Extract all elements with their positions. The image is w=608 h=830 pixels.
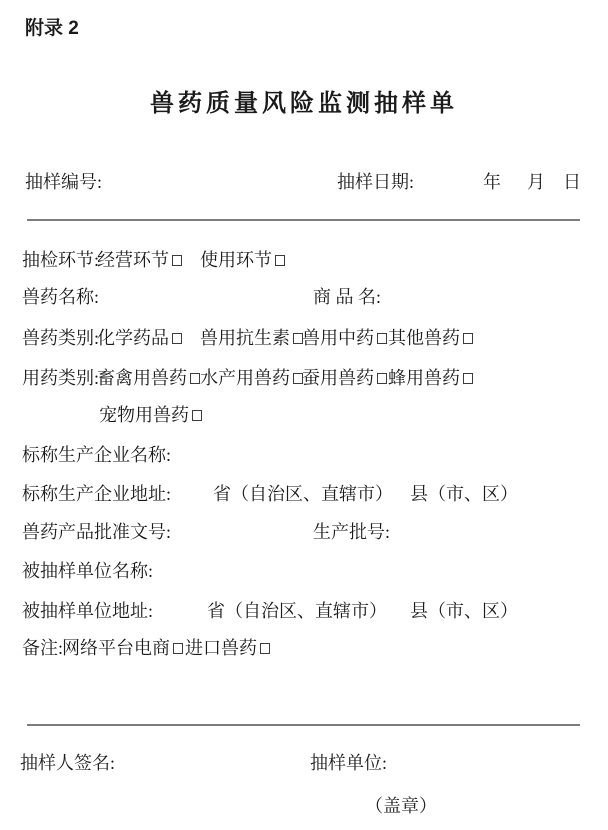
sampling-unit-label: 抽样单位: bbox=[310, 749, 387, 775]
signature-row: 抽样人签名: 抽样单位: bbox=[0, 749, 608, 775]
remarks-row: 备注: 网络平台电商 进口兽药 bbox=[0, 634, 608, 660]
remarks-label: 备注: bbox=[22, 634, 63, 660]
checkbox-icon bbox=[173, 643, 183, 654]
option-business-stage: 经营环节 bbox=[97, 246, 182, 272]
sampling-form-page: 附录 2 兽药质量风险监测抽样单 抽样编号: 抽样日期: 年 月 日 抽检环节:… bbox=[0, 0, 608, 830]
sampled-unit-address-row: 被抽样单位地址: 省（自治区、直辖市） 县（市、区） bbox=[0, 597, 608, 623]
bottom-divider bbox=[27, 724, 580, 726]
manufacturer-address-label: 标称生产企业地址: bbox=[22, 480, 171, 506]
sampled-unit-name-label: 被抽样单位名称: bbox=[22, 557, 153, 583]
option-label: 畜禽用兽药 bbox=[97, 368, 187, 388]
date-day-label: 日 bbox=[563, 168, 581, 194]
checkbox-icon bbox=[377, 333, 387, 344]
sampling-stage-row: 抽检环节: 经营环节 使用环节 bbox=[0, 246, 608, 272]
option-chemical-drug: 化学药品 bbox=[97, 324, 182, 350]
option-aquaculture: 水产用兽药 bbox=[200, 364, 303, 390]
trade-name-label: 商 品 名: bbox=[313, 283, 381, 309]
checkbox-icon bbox=[172, 333, 182, 344]
manufacturer-name-label: 标称生产企业名称: bbox=[22, 441, 171, 467]
checkbox-icon bbox=[260, 643, 270, 654]
option-label: 宠物用兽药 bbox=[99, 405, 189, 425]
option-bee: 蜂用兽药 bbox=[388, 364, 473, 390]
checkbox-icon bbox=[377, 373, 387, 384]
province-label: 省（自治区、直辖市） bbox=[207, 597, 387, 623]
date-year-label: 年 bbox=[483, 168, 501, 194]
sample-no-label: 抽样编号: bbox=[25, 168, 102, 194]
header-row: 抽样编号: 抽样日期: 年 月 日 bbox=[0, 168, 608, 194]
option-label: 使用环节 bbox=[200, 250, 272, 270]
drug-category-label: 兽药类别: bbox=[22, 324, 99, 350]
option-online-platform: 网络平台电商 bbox=[62, 634, 183, 660]
checkbox-icon bbox=[192, 410, 202, 421]
option-imported-drug: 进口兽药 bbox=[185, 634, 270, 660]
option-label: 网络平台电商 bbox=[62, 638, 170, 658]
sampling-stage-label: 抽检环节: bbox=[22, 246, 99, 272]
option-label: 其他兽药 bbox=[388, 328, 460, 348]
option-other-vet-drug: 其他兽药 bbox=[388, 324, 473, 350]
option-use-stage: 使用环节 bbox=[200, 246, 285, 272]
top-divider bbox=[27, 219, 580, 221]
drug-name-label: 兽药名称: bbox=[22, 283, 99, 309]
seal-label: （盖章） bbox=[365, 792, 437, 818]
option-label: 进口兽药 bbox=[185, 638, 257, 658]
usage-category-label: 用药类别: bbox=[22, 364, 99, 390]
option-label: 兽用抗生素 bbox=[200, 328, 290, 348]
option-pet: 宠物用兽药 bbox=[99, 401, 202, 427]
option-label: 兽用中药 bbox=[302, 328, 374, 348]
seal-row: （盖章） bbox=[0, 792, 608, 818]
option-label: 经营环节 bbox=[97, 250, 169, 270]
manufacturer-address-row: 标称生产企业地址: 省（自治区、直辖市） 县（市、区） bbox=[0, 480, 608, 506]
county-label: 县（市、区） bbox=[410, 480, 518, 506]
usage-category-row: 用药类别: 畜禽用兽药 水产用兽药 蚕用兽药 蜂用兽药 bbox=[0, 364, 608, 390]
approval-no-label: 兽药产品批准文号: bbox=[22, 518, 171, 544]
checkbox-icon bbox=[463, 333, 473, 344]
approval-row: 兽药产品批准文号: 生产批号: bbox=[0, 518, 608, 544]
checkbox-icon bbox=[275, 255, 285, 266]
option-silkworm: 蚕用兽药 bbox=[302, 364, 387, 390]
page-title: 兽药质量风险监测抽样单 bbox=[0, 83, 608, 118]
sampled-unit-name-row: 被抽样单位名称: bbox=[0, 557, 608, 583]
drug-name-row: 兽药名称: 商 品 名: bbox=[0, 283, 608, 309]
county-label: 县（市、区） bbox=[410, 597, 518, 623]
option-label: 蚕用兽药 bbox=[302, 368, 374, 388]
province-label: 省（自治区、直辖市） bbox=[213, 480, 393, 506]
drug-category-row: 兽药类别: 化学药品 兽用抗生素 兽用中药 其他兽药 bbox=[0, 324, 608, 350]
option-label: 水产用兽药 bbox=[200, 368, 290, 388]
option-label: 化学药品 bbox=[97, 328, 169, 348]
option-vet-antibiotic: 兽用抗生素 bbox=[200, 324, 303, 350]
checkbox-icon bbox=[463, 373, 473, 384]
date-month-label: 月 bbox=[527, 168, 545, 194]
option-label: 蜂用兽药 bbox=[388, 368, 460, 388]
manufacturer-name-row: 标称生产企业名称: bbox=[0, 441, 608, 467]
checkbox-icon bbox=[190, 373, 200, 384]
checkbox-icon bbox=[172, 255, 182, 266]
sampled-unit-address-label: 被抽样单位地址: bbox=[22, 597, 153, 623]
usage-category-overflow-row: 宠物用兽药 bbox=[0, 401, 608, 427]
appendix-label: 附录 2 bbox=[25, 13, 79, 40]
batch-no-label: 生产批号: bbox=[313, 518, 390, 544]
option-vet-tcm: 兽用中药 bbox=[302, 324, 387, 350]
sampler-signature-label: 抽样人签名: bbox=[20, 749, 115, 775]
option-livestock-poultry: 畜禽用兽药 bbox=[97, 364, 200, 390]
sample-date-label: 抽样日期: bbox=[337, 168, 414, 194]
